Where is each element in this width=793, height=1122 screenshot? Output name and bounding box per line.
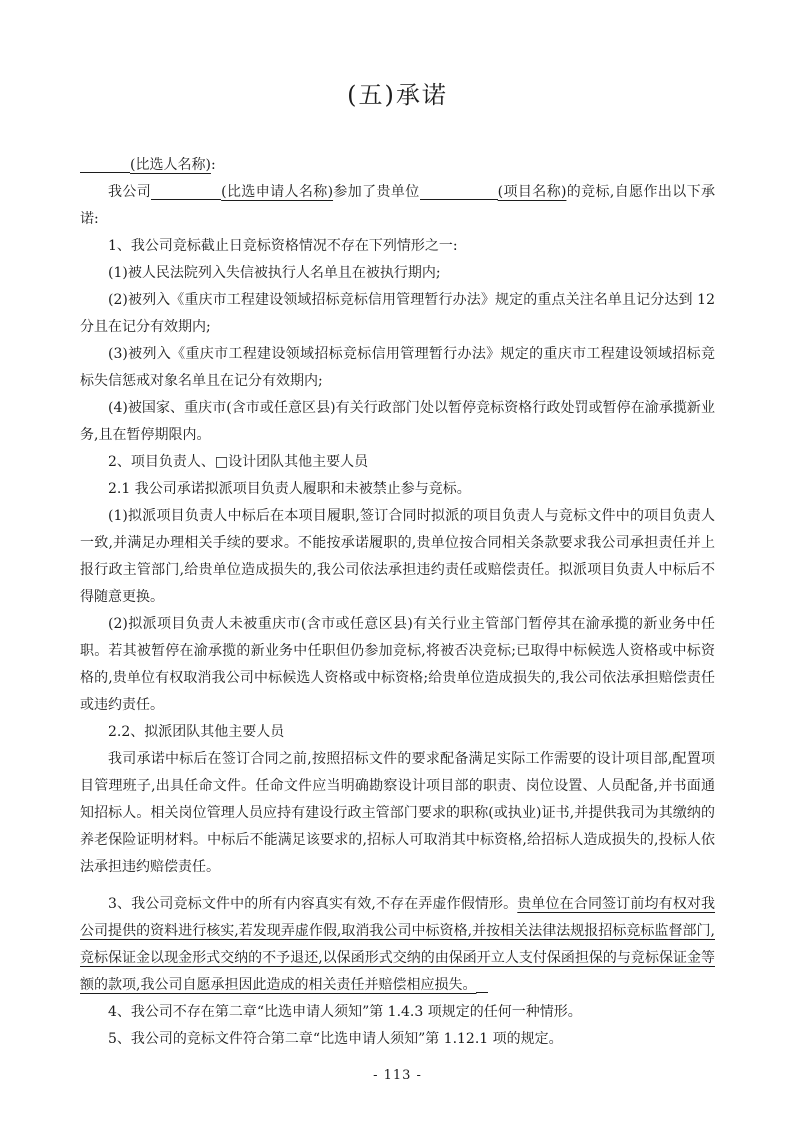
clause-2-heading-text-1: 2、项目负责人、 <box>108 454 215 470</box>
page-number: - 113 - <box>80 1066 715 1086</box>
applicant-name-label: (比选申请人名称) <box>221 184 333 200</box>
clause-5: 5、我公司的竞标文件符合第二章“比选申请人须知”第 1.12.1 项的规定。 <box>80 1026 715 1053</box>
bidder-name-blank <box>80 158 130 173</box>
clause-2-1-item-1: (1)拟派项目负责人中标后在本项目履职,签订合同时拟派的项目负责人与竞标文件中的… <box>80 503 715 611</box>
clause-2-1-heading: 2.1 我公司承诺拟派项目负责人履职和未被禁止参与竞标。 <box>80 476 715 503</box>
intro-text-1: 我公司 <box>108 184 151 200</box>
clause-1-item-2: (2)被列入《重庆市工程建设领域招标竞标信用管理暂行办法》规定的重点关注名单且记… <box>80 287 715 341</box>
intro-text-2: 参加了贵单位 <box>333 184 420 200</box>
clause-3-normal: 3、我公司竞标文件中的所有内容真实有效,不存在弄虚作假情形。 <box>108 896 517 912</box>
clause-4: 4、我公司不存在第二章“比选申请人须知”第 1.4.3 项规定的任何一种情形。 <box>80 999 715 1026</box>
clause-3-underline-tail <box>476 978 488 993</box>
page-title: (五)承诺 <box>80 78 715 112</box>
design-team-checkbox: □ <box>215 454 228 470</box>
intro-paragraph: 我公司(比选申请人名称)参加了贵单位(项目名称)的竞标,自愿作出以下承诺: <box>80 179 715 233</box>
clause-2-heading-text-2: 设计团队其他主要人员 <box>228 454 368 470</box>
clause-1-item-1: (1)被人民法院列入失信被执行人名单且在被执行期内; <box>80 260 715 287</box>
salutation-line: (比选人名称): <box>80 152 715 179</box>
clause-2-2-heading: 2.2、拟派团队其他主要人员 <box>80 719 715 746</box>
project-name-label: (项目名称) <box>498 184 567 200</box>
clause-2-1-item-2: (2)拟派项目负责人未被重庆市(含市或任意区县)有关行业主管部门暂停其在渝承揽的… <box>80 611 715 719</box>
clause-1-item-3: (3)被列入《重庆市工程建设领域招标竞标信用管理暂行办法》规定的重庆市工程建设领… <box>80 341 715 395</box>
clause-1-heading: 1、我公司竞标截止日竞标资格情况不存在下列情形之一: <box>80 233 715 260</box>
clause-1-item-4: (4)被国家、重庆市(含市或任意区县)有关行政部门处以暂停竞标资格行政处罚或暂停… <box>80 395 715 449</box>
clause-3: 3、我公司竞标文件中的所有内容真实有效,不存在弄虚作假情形。贵单位在合同签订前均… <box>80 891 715 999</box>
salutation-colon: : <box>211 157 216 173</box>
project-name-blank <box>420 185 498 200</box>
clause-2-2-body: 我司承诺中标后在签订合同之前,按照招标文件的要求配备满足实际工作需要的设计项目部… <box>80 746 715 881</box>
applicant-name-blank <box>151 185 221 200</box>
clause-2-heading: 2、项目负责人、□设计团队其他主要人员 <box>80 449 715 476</box>
bidder-name-label: (比选人名称) <box>130 157 211 173</box>
document-page: (五)承诺 (比选人名称): 我公司(比选申请人名称)参加了贵单位(项目名称)的… <box>0 0 793 1122</box>
